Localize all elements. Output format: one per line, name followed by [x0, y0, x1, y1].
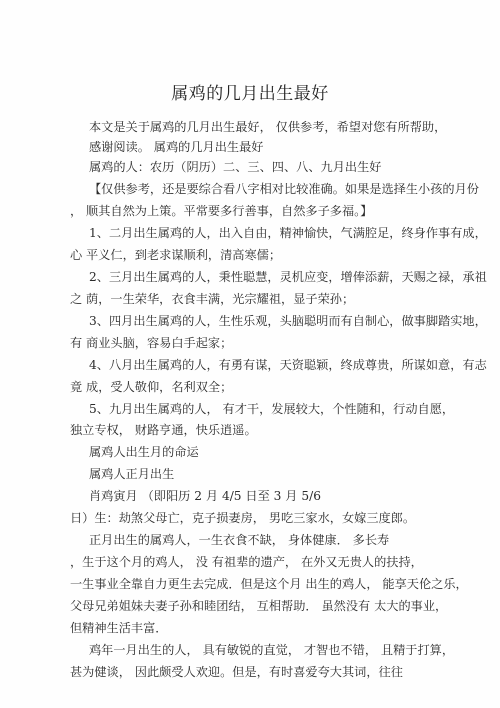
paragraph-line: 2、三月出生属鸡的人，秉性聪慧，灵机应变，增俸添薪，天赐之禄，承祖: [89, 269, 487, 285]
paragraph-line: 【仅供参考，还是要综合看八字相对比较准确。如果是选择生小孩的月份: [89, 181, 479, 197]
paragraph-line: 属鸡的人：农历（阴历）二、三、四、八、九月出生好: [89, 159, 382, 175]
paragraph-line: 鸡年一月出生的人， 具有敏锐的直觉， 才智也不错， 且精于打算，: [89, 642, 454, 658]
document-page: 属鸡的几月出生最好 本文是关于属鸡的几月出生最好， 仅供参考，希望对您有所帮助，…: [0, 0, 500, 708]
paragraph-line: 一生事业全靠自力更生去完成．但是这个月 出生的鸡人， 能享天伦之乐，: [70, 576, 468, 592]
paragraph-line: 心 平义仁，到老求谋顺利，清高寒儒；: [70, 247, 281, 263]
paragraph-line: 属鸡人出生月的命运: [89, 444, 199, 460]
paragraph-line: 本文是关于属鸡的几月出生最好， 仅供参考，希望对您有所帮助，: [89, 119, 446, 135]
paragraph-line: 5、九月出生属鸡的人， 有才干，发展较大，个性随和，行动自愿，: [89, 401, 454, 417]
paragraph-line: 属鸡人正月出生: [89, 466, 174, 482]
paragraph-line: 感谢阅读。 属鸡的几月出生最好: [89, 139, 264, 155]
paragraph-line: 4、八月出生属鸡的人，有勇有谋，天资聪颖，终成尊贵，所谋如意，有志: [89, 357, 487, 373]
paragraph-line: 3、四月出生属鸡的人，生性乐观，头脑聪明而有自制心，做事脚踏实地，: [89, 313, 487, 329]
paragraph-line: 竟 成，受人敬仰，名利双全；: [70, 379, 232, 395]
paragraph-line: 日）生：劫煞父母亡，克子损妻房， 男吃三家水，女嫁三度郎。: [70, 510, 415, 526]
paragraph-line: 肖鸡寅月 （即阳历 2 月 4/5 日至 3 月 5/6: [89, 488, 321, 504]
paragraph-line: 正月出生的属鸡人，一生衣食不缺， 身体健康． 多长寿: [89, 532, 389, 548]
paragraph-line: 之 荫，一生荣华，衣食丰满，光宗耀祖，显子荣孙；: [70, 291, 354, 307]
paragraph-line: 1、二月出生属鸡的人，出入自由，精神愉快，气满腔足，终身作事有成，: [89, 225, 487, 241]
paragraph-line: 但精神生活丰富．: [70, 620, 168, 636]
paragraph-line: 甚为健谈， 因此颇受人欢迎。但是，有时喜爱夸大其词，往往: [70, 664, 403, 680]
paragraph-line: ，生于这个月的鸡人， 没 有祖辈的遗产， 在外又无贵人的扶持，: [70, 554, 423, 570]
paragraph-line: ， 顺其自然为上策。平常要多行善事，自然多子多福。】: [70, 203, 372, 219]
paragraph-line: 独立专权， 财路亨通，快乐逍遥。: [70, 422, 257, 438]
document-title: 属鸡的几月出生最好: [0, 79, 500, 104]
paragraph-line: 父母兄弟姐妹夫妻子孙和睦团结， 互相帮助． 虽然没有 太大的事业，: [70, 598, 447, 614]
paragraph-line: 有 商业头脑，容易白手起家；: [70, 335, 232, 351]
